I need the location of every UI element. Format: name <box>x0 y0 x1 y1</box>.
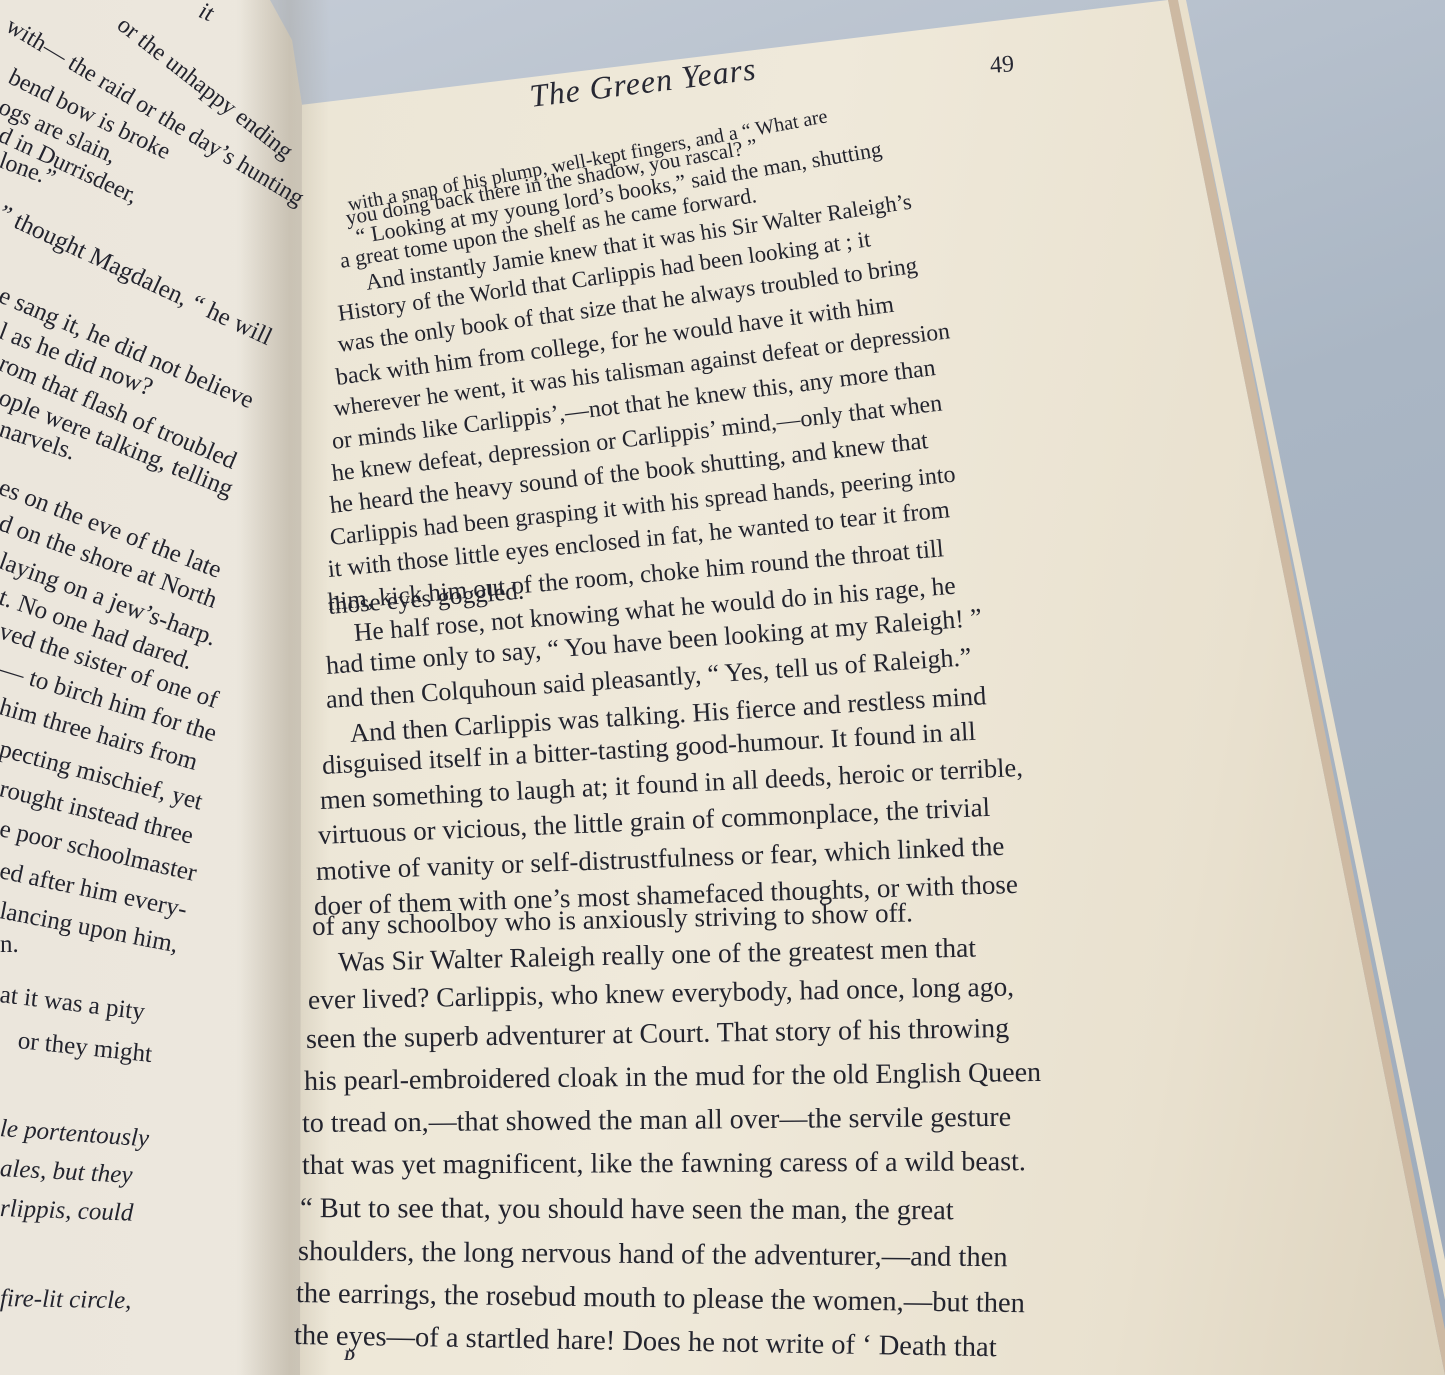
text-line: rlippis, could <box>0 1196 134 1226</box>
text-line: n. <box>0 932 19 957</box>
text-line: “ But to see that, you should have seen … <box>300 1195 954 1226</box>
signature-mark: D <box>344 1348 355 1365</box>
text-line: that was yet magnificent, like the fawni… <box>302 1148 1026 1180</box>
text-line: to tread on,—that showed the man all ove… <box>302 1104 1011 1138</box>
text-line: shoulders, the long nervous hand of the … <box>298 1238 1008 1273</box>
text-line: fire-lit circle, <box>0 1286 132 1313</box>
page-number: 49 <box>989 51 1015 80</box>
